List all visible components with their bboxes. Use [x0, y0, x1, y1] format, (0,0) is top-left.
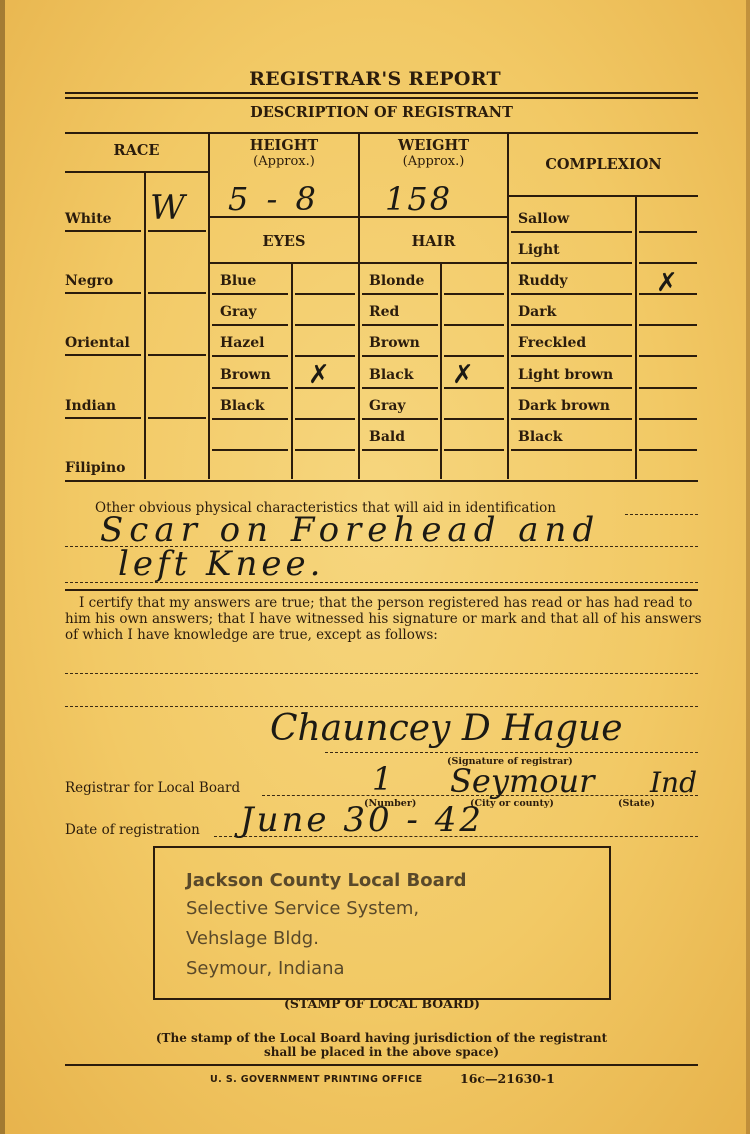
- complexion-option-light: Light: [518, 242, 560, 258]
- report-subtitle: DESCRIPTION OF REGISTRANT: [65, 104, 698, 121]
- hair-black-check-mark[interactable]: ✗: [452, 360, 474, 390]
- cx-rule: [511, 262, 632, 264]
- weight-value[interactable]: 158: [385, 180, 452, 218]
- printer-imprint: U. S. GOVERNMENT PRINTING OFFICE: [210, 1074, 422, 1085]
- complexion-header-rule: [509, 195, 698, 197]
- eh-rule: [362, 293, 438, 295]
- complexion-option-black: Black: [518, 429, 562, 445]
- stamp-line-2: Selective Service System,: [186, 898, 419, 919]
- title-double-rule: [65, 92, 698, 99]
- eh-rule: [212, 418, 288, 420]
- complexion-ruddy-check-mark[interactable]: ✗: [656, 268, 678, 298]
- certification-text: I certify that my answers are true; that…: [65, 595, 705, 643]
- eyes-option-gray: Gray: [220, 304, 257, 320]
- race-option-white: White: [65, 211, 112, 227]
- paper-edge-right: [746, 0, 750, 1134]
- eh-rule: [362, 449, 438, 451]
- eh-rule: [362, 324, 438, 326]
- hair-header: HAIR: [360, 233, 507, 250]
- characteristics-line-2[interactable]: left Knee.: [118, 544, 324, 584]
- race-rule: [148, 230, 206, 232]
- race-rule: [148, 354, 206, 356]
- cx-rule: [639, 355, 697, 357]
- race-rule: [65, 230, 141, 232]
- date-label: Date of registration: [65, 822, 200, 838]
- complexion-option-ruddy: Ruddy: [518, 273, 568, 289]
- race-option-oriental: Oriental: [65, 335, 130, 351]
- cx-rule: [639, 387, 697, 389]
- cx-rule: [511, 355, 632, 357]
- stamp-line-1: Jackson County Local Board: [186, 870, 467, 891]
- cx-rule: [511, 231, 632, 233]
- hair-check-divider: [440, 263, 442, 479]
- race-option-filipino: Filipino: [65, 460, 126, 476]
- eh-rule: [444, 293, 504, 295]
- characteristics-leader: [625, 514, 698, 515]
- hair-option-bald: Bald: [369, 429, 405, 445]
- eh-rule: [212, 387, 288, 389]
- eh-rule: [295, 324, 355, 326]
- race-rule: [148, 417, 206, 419]
- local-board-label: Registrar for Local Board: [65, 780, 240, 796]
- eh-rule: [362, 418, 438, 420]
- eh-rule: [444, 324, 504, 326]
- race-header-rule: [65, 171, 208, 173]
- cx-rule: [639, 262, 697, 264]
- date-value[interactable]: June 30 - 42: [240, 800, 484, 840]
- stamp-line-4: Seymour, Indiana: [186, 958, 345, 979]
- table-bottom-rule: [65, 480, 698, 482]
- col-divider-height: [358, 132, 360, 479]
- stamp-note-1: (The stamp of the Local Board having jur…: [65, 1031, 698, 1045]
- eh-rule: [444, 449, 504, 451]
- eyes-check-divider: [291, 263, 293, 479]
- eh-rule: [362, 387, 438, 389]
- state-caption: (State): [618, 798, 655, 809]
- eh-rule: [212, 449, 288, 451]
- race-value[interactable]: W: [150, 188, 185, 228]
- hair-option-black: Black: [369, 367, 413, 383]
- height-header: HEIGHT: [210, 137, 358, 154]
- eh-rule: [212, 293, 288, 295]
- footer-rule: [65, 1064, 698, 1066]
- section-rule: [65, 589, 698, 591]
- local-board-number[interactable]: 1: [372, 760, 392, 798]
- eyes-option-blue: Blue: [220, 273, 256, 289]
- local-board-state[interactable]: Ind: [650, 766, 697, 799]
- eh-rule: [295, 355, 355, 357]
- eyes-header: EYES: [210, 233, 358, 250]
- local-board-city[interactable]: Seymour: [450, 762, 594, 800]
- complexion-option-light-brown: Light brown: [518, 367, 613, 383]
- eh-rule: [362, 355, 438, 357]
- race-option-indian: Indian: [65, 398, 116, 414]
- eh-rule: [295, 293, 355, 295]
- registrar-signature[interactable]: Chauncey D Hague: [270, 708, 623, 749]
- eyes-option-hazel: Hazel: [220, 335, 264, 351]
- weight-header: WEIGHT: [360, 137, 507, 154]
- complexion-option-dark: Dark: [518, 304, 556, 320]
- stamp-line-3: Vehslage Bldg.: [186, 928, 319, 949]
- race-rule: [65, 417, 141, 419]
- cx-rule: [511, 324, 632, 326]
- race-check-divider: [144, 172, 146, 479]
- characteristics-dash-2: [65, 582, 698, 583]
- hair-option-blonde: Blonde: [369, 273, 424, 289]
- cx-rule: [511, 387, 632, 389]
- race-option-negro: Negro: [65, 273, 113, 289]
- eyes-option-brown: Brown: [220, 367, 271, 383]
- exceptions-dash-1: [65, 673, 698, 674]
- complexion-option-dark-brown: Dark brown: [518, 398, 610, 414]
- height-value[interactable]: 5 - 8: [228, 180, 320, 218]
- complexion-check-divider: [635, 196, 637, 479]
- complexion-header: COMPLEXION: [509, 156, 698, 173]
- form-number: 16c—21630-1: [460, 1071, 555, 1086]
- cx-rule: [639, 418, 697, 420]
- report-title: REGISTRAR'S REPORT: [0, 68, 750, 90]
- eh-rule: [444, 418, 504, 420]
- paper-edge-left: [0, 0, 5, 1134]
- signature-line: [325, 752, 698, 753]
- eh-rule: [295, 418, 355, 420]
- col-divider-race: [208, 132, 210, 479]
- race-rule: [148, 292, 206, 294]
- table-top-rule: [65, 132, 698, 134]
- complexion-option-sallow: Sallow: [518, 211, 569, 227]
- exceptions-dash-2: [65, 706, 698, 707]
- cx-rule: [511, 293, 632, 295]
- hair-option-gray: Gray: [369, 398, 406, 414]
- hair-option-red: Red: [369, 304, 399, 320]
- weight-sub: (Approx.): [360, 154, 507, 169]
- complexion-option-freckled: Freckled: [518, 335, 586, 351]
- cx-rule: [511, 449, 632, 451]
- stamp-note-2: shall be placed in the above space): [65, 1045, 698, 1059]
- cx-rule: [639, 449, 697, 451]
- eyes-hair-header-rule: [210, 262, 507, 264]
- cx-rule: [639, 231, 697, 233]
- stamp-caption: (STAMP OF LOCAL BOARD): [153, 996, 611, 1011]
- cx-rule: [639, 324, 697, 326]
- height-sub: (Approx.): [210, 154, 358, 169]
- hair-option-brown: Brown: [369, 335, 420, 351]
- eh-rule: [212, 324, 288, 326]
- race-rule: [65, 354, 141, 356]
- race-rule: [65, 292, 141, 294]
- eh-rule: [444, 355, 504, 357]
- col-divider-weight: [507, 132, 509, 479]
- cx-rule: [511, 418, 632, 420]
- race-header: RACE: [65, 142, 208, 159]
- eyes-option-black: Black: [220, 398, 264, 414]
- eyes-brown-check-mark[interactable]: ✗: [308, 360, 330, 390]
- eh-rule: [295, 449, 355, 451]
- eh-rule: [212, 355, 288, 357]
